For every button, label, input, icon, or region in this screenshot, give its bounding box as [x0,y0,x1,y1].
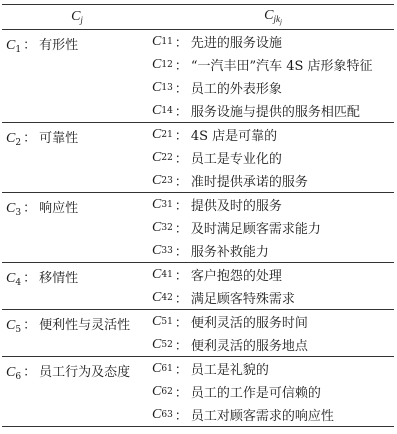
table-body: C1：有形性C11：先进的服务设施C12：“一汽丰田”汽车 4S 店形象特征C1… [2,30,394,426]
subcriterion-row: C13：员工的外表形象 [152,76,394,99]
criteria-group: C2：可靠性C21：4S 店是可靠的C22：员工是专业化的C23：准时提供承诺的… [2,123,394,192]
criteria-group: C3：响应性C31：提供及时的服务C32：及时满足顾客需求能力C33：服务补救能… [2,193,394,262]
subcriterion-row: C14：服务设施与提供的服务相匹配 [152,99,394,122]
header-col-criteria: Cj [2,9,152,25]
subcriterion-row: C63：员工对顾客需求的响应性 [152,403,394,426]
subcriterion-row: C11：先进的服务设施 [152,30,394,53]
criterion-label: C6：员工行为及态度 [2,357,152,426]
subcriterion-row: C51：便利灵活的服务时间 [152,310,394,333]
header-col-subcriteria: Cjkj [152,8,394,26]
subcriterion-row: C42：满足顾客特殊需求 [152,286,394,309]
subcriterion-row: C32：及时满足顾客需求能力 [152,216,394,239]
criteria-group: C1：有形性C11：先进的服务设施C12：“一汽丰田”汽车 4S 店形象特征C1… [2,30,394,122]
criterion-label: C5：便利性与灵活性 [2,310,152,356]
criterion-label: C4：移情性 [2,263,152,309]
subcriterion-row: C52：便利灵活的服务地点 [152,333,394,356]
criteria-group: C6：员工行为及态度C61：员工是礼貌的C62：员工的工作是可信赖的C63：员工… [2,357,394,426]
subcriterion-row: C61：员工是礼貌的 [152,357,394,380]
criterion-label: C3：响应性 [2,193,152,262]
criterion-label: C2：可靠性 [2,123,152,192]
table-header: Cj Cjkj [2,5,394,29]
subcriterion-row: C31：提供及时的服务 [152,193,394,216]
subcriterion-row: C33：服务补救能力 [152,239,394,262]
criteria-table: Cj Cjkj C1：有形性C11：先进的服务设施C12：“一汽丰田”汽车 4S… [2,4,394,427]
subcriterion-row: C23：准时提供承诺的服务 [152,169,394,192]
subcriterion-row: C22：员工是专业化的 [152,146,394,169]
bottom-rule [2,426,394,427]
subcriterion-row: C62：员工的工作是可信赖的 [152,380,394,403]
criteria-group: C4：移情性C41：客户抱怨的处理C42：满足顾客特殊需求 [2,263,394,309]
criterion-label: C1：有形性 [2,30,152,122]
subcriterion-row: C41：客户抱怨的处理 [152,263,394,286]
subcriterion-row: C21：4S 店是可靠的 [152,123,394,146]
criteria-group: C5：便利性与灵活性C51：便利灵活的服务时间C52：便利灵活的服务地点 [2,310,394,356]
subcriterion-row: C12：“一汽丰田”汽车 4S 店形象特征 [152,53,394,76]
